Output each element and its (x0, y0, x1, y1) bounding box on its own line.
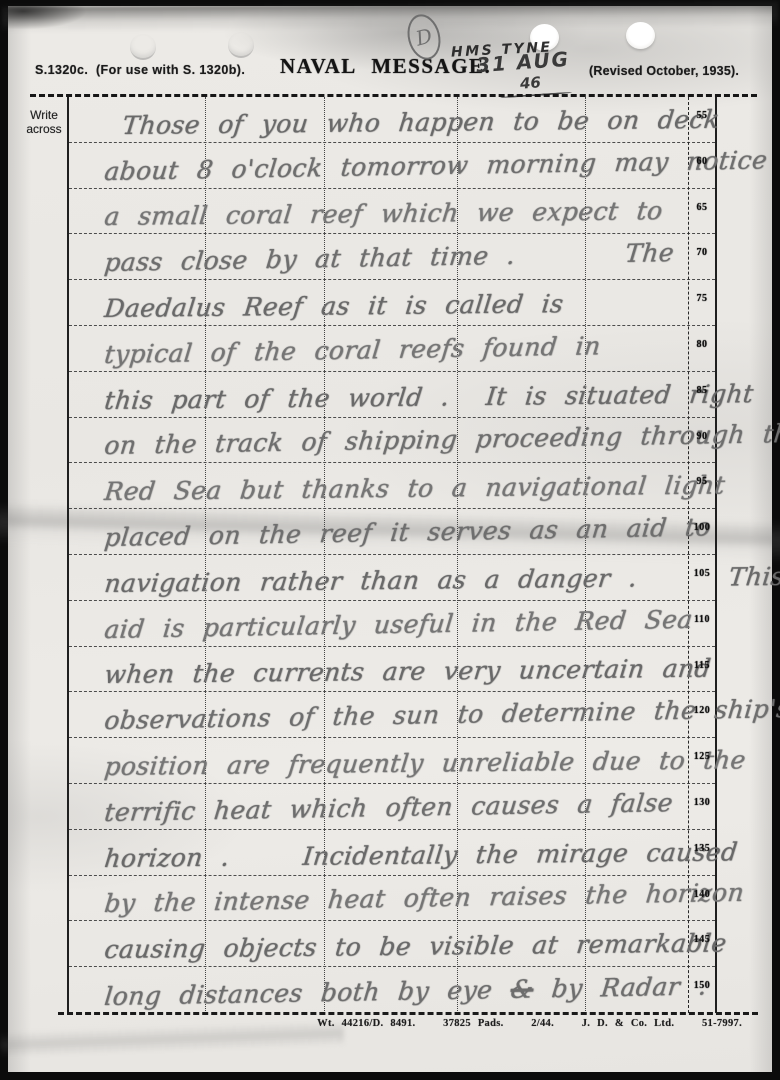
printer-imprint: Wt. 44216/D. 8491. 37825 Pads. 2/44. J. … (317, 1018, 742, 1029)
message-row: Red Sea but thanks to a navigational lig… (69, 463, 715, 509)
line-number: 135 (689, 843, 715, 854)
message-row: this part of the world . It is situated … (69, 372, 715, 418)
punch-hole (130, 34, 156, 60)
handwritten-text: by the intense heat often raises the hor… (103, 878, 746, 918)
line-number: 140 (689, 889, 715, 900)
handwritten-text: about 8 o'clock tomorrow morning may not… (103, 145, 769, 186)
line-number: 70 (689, 247, 715, 258)
message-row: position are frequently unreliable due t… (69, 738, 715, 784)
paper: S.1320c. (For use with S. 1320b). NAVAL … (8, 6, 772, 1072)
line-number: 65 (689, 202, 715, 213)
line-number: 120 (689, 705, 715, 716)
message-row: a small coral reef which we expect to65 (69, 189, 715, 235)
handwritten-text: causing objects to be visible at remarka… (103, 929, 728, 965)
line-number: 95 (689, 476, 715, 487)
handwritten-text: navigation rather than as a danger . Thi… (103, 562, 780, 598)
table-bottom-rule (58, 1012, 758, 1015)
message-row: Those of you who happen to be on deck55 (69, 97, 715, 143)
paper-crease (0, 1020, 344, 1058)
write-across-line2: across (26, 122, 61, 136)
line-number: 125 (689, 751, 715, 762)
message-row: on the track of shipping proceeding thro… (69, 418, 715, 464)
write-across-label: Write across (20, 108, 68, 136)
line-number: 75 (689, 293, 715, 304)
line-number: 115 (689, 660, 715, 671)
message-row: typical of the coral reefs found in80 (69, 326, 715, 372)
message-row: by the intense heat often raises the hor… (69, 876, 715, 922)
message-row: when the currents are very uncertain and… (69, 647, 715, 693)
handwritten-text: terrific heat which often causes a false (103, 788, 674, 827)
column-divider (205, 97, 206, 1013)
handwritten-text: when the currents are very uncertain and (103, 654, 713, 689)
form-number: S.1320c. (For use with S. 1320b). (35, 63, 245, 77)
handwritten-text: Daedalus Reef as it is called is (103, 289, 565, 323)
line-number: 105 (689, 568, 715, 579)
message-row: horizon . Incidentally the mirage caused… (69, 830, 715, 876)
line-number: 85 (689, 385, 715, 396)
handwritten-text: placed on the reef it serves as an aid t… (103, 512, 713, 552)
handwritten-text: position are frequently unreliable due t… (103, 745, 747, 781)
line-number: 80 (689, 339, 715, 350)
handwritten-text: this part of the world . It is situated … (103, 379, 755, 415)
message-row: aid is particularly useful in the Red Se… (69, 601, 715, 647)
message-row: pass close by at that time . The70 (69, 234, 715, 280)
message-table: Those of you who happen to be on deck55a… (67, 97, 717, 1013)
struck-out-word: & (509, 974, 535, 1003)
handwritten-text: typical of the coral reefs found in (103, 331, 602, 369)
message-row: long distances both by eye & by Radar .1… (69, 967, 715, 1013)
column-divider (457, 97, 458, 1013)
write-across-line1: Write (30, 108, 58, 122)
number-column-divider (688, 97, 689, 1013)
line-number: 150 (689, 980, 715, 991)
line-number: 90 (689, 431, 715, 442)
column-divider (585, 97, 586, 1013)
message-row: navigation rather than as a danger . Thi… (69, 555, 715, 601)
column-divider (324, 97, 325, 1013)
handwritten-text: Those of you who happen to be on deck (121, 105, 721, 140)
message-row: observations of the sun to determine the… (69, 692, 715, 738)
handwritten-text: pass close by at that time . The (103, 238, 676, 277)
message-row: placed on the reef it serves as an aid t… (69, 509, 715, 555)
circled-letter: D (413, 23, 434, 50)
handwritten-text: a small coral reef which we expect to (103, 197, 664, 232)
line-number: 60 (689, 156, 715, 167)
handwritten-text: Red Sea but thanks to a navigational lig… (103, 471, 727, 507)
message-row: terrific heat which often causes a false… (69, 784, 715, 830)
message-row: causing objects to be visible at remarka… (69, 921, 715, 967)
message-row: Daedalus Reef as it is called is75 (69, 280, 715, 326)
handwritten-text: aid is particularly useful in the Red Se… (103, 604, 694, 643)
handwritten-text: long distances both by eye & by Radar . (103, 971, 708, 1011)
line-number: 110 (689, 614, 715, 625)
year-annotation: 46 (519, 73, 541, 92)
revision-note: (Revised October, 1935). (589, 64, 739, 78)
message-row: about 8 o'clock tomorrow morning may not… (69, 143, 715, 189)
scan-top-shadow (2, 1, 778, 32)
punch-hole (626, 22, 655, 49)
line-number: 145 (689, 934, 715, 945)
handwritten-text: horizon . Incidentally the mirage caused (103, 837, 739, 873)
date-annotation: 31 AUG (475, 47, 570, 78)
line-number: 130 (689, 797, 715, 808)
line-number: 100 (689, 522, 715, 533)
scan-frame: S.1320c. (For use with S. 1320b). NAVAL … (0, 0, 780, 1080)
message-rows: Those of you who happen to be on deck55a… (69, 97, 715, 1013)
punch-hole (228, 32, 254, 58)
line-number: 55 (689, 110, 715, 121)
